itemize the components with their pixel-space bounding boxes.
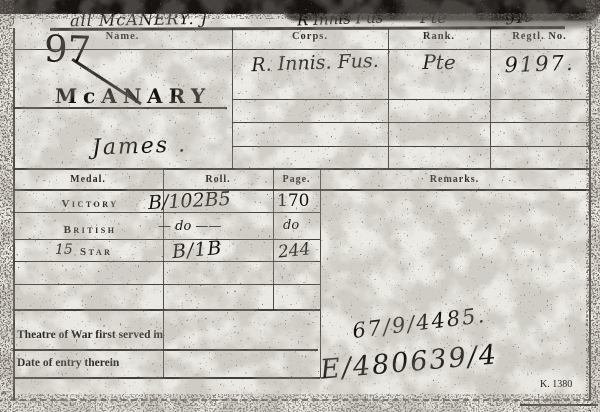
medal-row-british-roll: — do —— xyxy=(158,219,221,234)
form-number: K. 1380 xyxy=(540,379,572,390)
medal-row-star-label: Star xyxy=(80,246,112,258)
theatre-of-war-label: Theatre of War first served in xyxy=(17,329,163,341)
corps-row-line-2 xyxy=(232,122,590,123)
roll-header: Roll. xyxy=(163,174,273,185)
medal-row-victory-label: Victory xyxy=(30,198,150,210)
date-of-entry-label: Date of entry therein xyxy=(17,357,119,369)
roll-page-divider xyxy=(273,169,274,310)
top-annotation-rank: Pte xyxy=(420,8,447,27)
remarks-header: Remarks. xyxy=(320,174,589,185)
corps-row-line-3 xyxy=(232,146,590,147)
surname-value: McANARY xyxy=(55,84,212,108)
corps-row-line-1 xyxy=(232,99,590,100)
name-column-header: Name. xyxy=(13,31,232,42)
header-row-line xyxy=(13,49,590,50)
corps-column-header: Corps. xyxy=(232,31,388,42)
medal-row-star-roll: B/1B xyxy=(171,237,223,263)
corps-value: R. Innis. Fus. xyxy=(240,49,391,76)
medal-row-star-prefix: 15 xyxy=(55,242,73,258)
medal-row-star-page: 244 xyxy=(277,239,311,262)
card-left-border xyxy=(13,28,15,400)
card-bottom-edge xyxy=(10,399,590,401)
medal-row-british-page: do xyxy=(283,218,299,233)
page-remarks-divider xyxy=(320,169,321,378)
forename-value: James . xyxy=(92,132,188,160)
theatre-row-line xyxy=(13,349,318,351)
remarks-note-2: E/480639/4 xyxy=(319,339,499,385)
section-divider-line xyxy=(13,168,590,170)
bottom-right-edge-line xyxy=(520,404,598,406)
medal-header: Medal. xyxy=(13,174,163,185)
top-annotation-corps: R Innis Fus xyxy=(297,8,384,29)
medal-row-victory-roll: B/102B5 xyxy=(147,188,231,214)
rank-value: Pte xyxy=(388,50,490,74)
rank-column-header: Rank. xyxy=(388,31,490,42)
rank-regtl-divider xyxy=(490,28,491,169)
regtl-no-value: 9197. xyxy=(490,50,590,77)
remarks-note-1: 67/9/4485. xyxy=(351,303,487,343)
name-corps-divider xyxy=(232,28,233,169)
date-row-line xyxy=(13,377,320,379)
page-header: Page. xyxy=(273,174,320,185)
top-annotation-name: all McANERY. J xyxy=(70,9,208,30)
medal-index-card-scan: all McANERY. J R Innis Fus Pte 9197 97 N… xyxy=(0,0,600,412)
card-right-border xyxy=(589,28,591,400)
medal-row-british-label: British xyxy=(30,224,150,236)
regtl-column-header: Regtl. No. xyxy=(490,31,589,42)
medal-row-victory-page: 170 xyxy=(277,191,309,211)
